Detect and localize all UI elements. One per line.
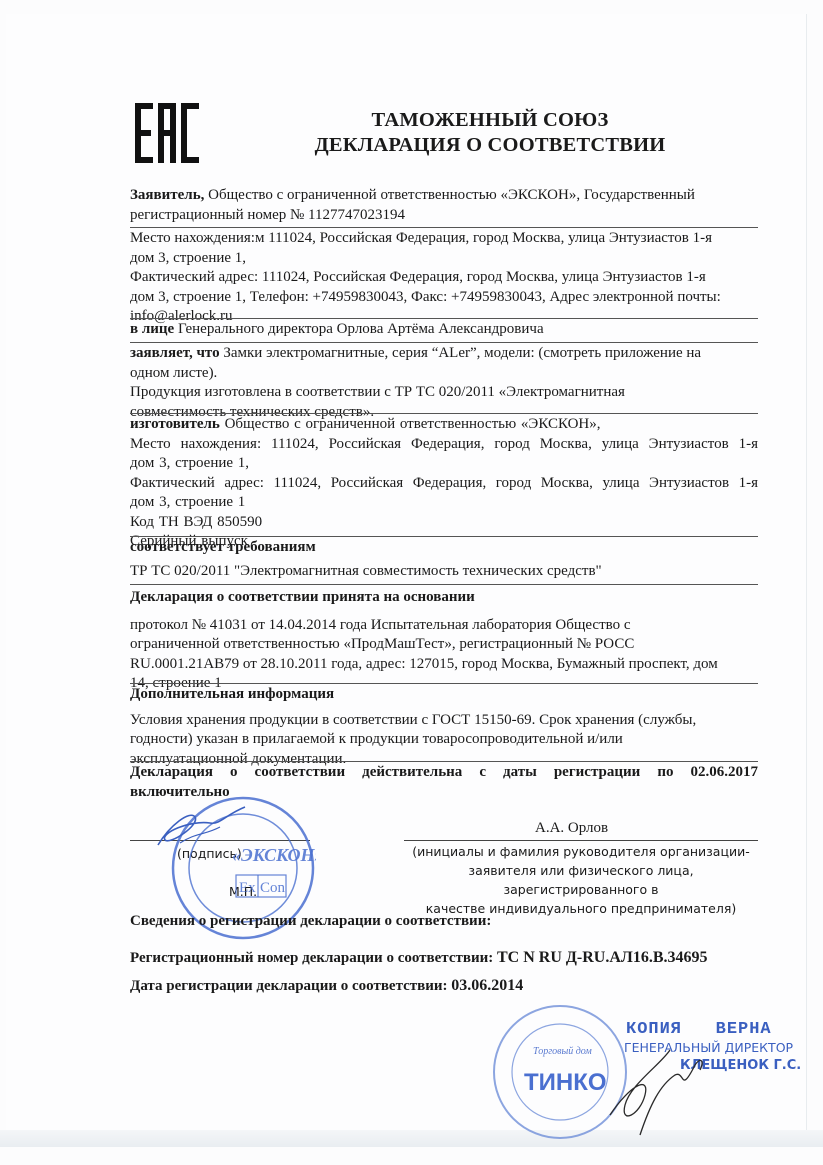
address-line: Место нахождения:м 111024, Российская Фе… [130, 229, 758, 249]
signer-caption: (инициалы и фамилия руководителя организ… [404, 842, 758, 918]
product-text: Замки электромагнитные, серия “ALer”, мо… [220, 345, 701, 361]
registration-number-label: Регистрационный номер декларации о соотв… [130, 950, 497, 966]
divider [130, 342, 758, 343]
certified-label: ВЕРНА [716, 1020, 772, 1039]
additional-info-label: Дополнительная информация [130, 685, 758, 705]
certifier-signature-icon [600, 1045, 710, 1140]
manufacturer-address: Место нахождения: 111024, Российская Фед… [130, 435, 758, 455]
applicant-section: Заявитель, Общество с ограниченной ответ… [130, 186, 758, 225]
basis-section: Декларация о соответствии принята на осн… [130, 588, 758, 694]
declares-label: заявляет, что [130, 345, 220, 361]
divider [130, 413, 758, 414]
registration-date-value: 03.06.2014 [451, 977, 523, 994]
document-title: ТАМОЖЕННЫЙ СОЮЗ ДЕКЛАРАЦИЯ О СООТВЕТСТВИ… [240, 108, 740, 158]
basis-label: Декларация о соответствии принята на осн… [130, 588, 758, 608]
address-line: Фактический адрес: 111024, Российская Фе… [130, 268, 758, 288]
applicant-reg-number: регистрационный номер № 1127747023194 [130, 206, 758, 226]
manufacturer-actual-address: дом 3, строение 1 [130, 493, 758, 513]
eac-logo [135, 103, 199, 163]
eac-letter-c-icon [181, 103, 199, 163]
registration-number-value: ТС N RU Д-RU.АЛ16.В.34695 [497, 949, 707, 966]
manufacturer-label: изготовитель [130, 416, 220, 432]
product-standard: Продукция изготовлена в соответствии с Т… [130, 383, 758, 403]
basis-text: ограниченной ответственностью «ПродМашТе… [130, 635, 758, 655]
additional-info-text: Условия хранения продукции в соответстви… [130, 711, 758, 731]
caption-line: (инициалы и фамилия руководителя организ… [404, 842, 758, 861]
additional-info-section: Дополнительная информация Условия хранен… [130, 685, 758, 769]
registration-heading: Сведения о регистрации декларации о соот… [130, 912, 758, 932]
represented-by-label: в лице [130, 321, 174, 337]
title-line-customs-union: ТАМОЖЕННЫЙ СОЮЗ [240, 108, 740, 133]
manufacturer-name: Общество с ограниченной ответственностью… [220, 416, 601, 432]
director-signature-icon [150, 805, 260, 855]
divider [130, 761, 758, 762]
eac-letter-e-icon [135, 103, 153, 163]
divider [130, 318, 758, 319]
conforms-standard: ТР ТС 020/2011 "Электромагнитная совмест… [130, 562, 758, 582]
conforms-label: соответствует требованиям [130, 538, 758, 558]
title-line-declaration: ДЕКЛАРАЦИЯ О СООТВЕТСТВИИ [240, 133, 740, 158]
registration-number-row: Регистрационный номер декларации о соотв… [130, 948, 758, 969]
represented-by-text: Генерального директора Орлова Артёма Але… [174, 321, 543, 337]
svg-text:Con: Con [260, 880, 286, 896]
manufacturer-section: изготовитель Общество с ограниченной отв… [130, 415, 758, 552]
name-line [404, 840, 758, 841]
svg-text:Ex: Ex [239, 880, 256, 896]
divider [130, 683, 758, 684]
declares-section: заявляет, что Замки электромагнитные, се… [130, 344, 758, 422]
divider [130, 536, 758, 537]
svg-text:Торговый дом: Торговый дом [533, 1046, 592, 1057]
address-line: дом 3, строение 1, Телефон: +74959830043… [130, 288, 758, 308]
svg-text:ТИНКО: ТИНКО [524, 1069, 607, 1096]
caption-line: заявителя или физического лица, зарегист… [404, 861, 758, 899]
basis-text: протокол № 41031 от 14.04.2014 года Испы… [130, 616, 758, 636]
registration-date-row: Дата регистрации декларации о соответств… [130, 976, 758, 997]
represented-by-section: в лице Генерального директора Орлова Арт… [130, 320, 758, 340]
conforms-section: соответствует требованиям ТР ТС 020/2011… [130, 538, 758, 581]
validity-text: Декларация о соответствии действительна … [130, 763, 758, 783]
copy-label: КОПИЯ [626, 1020, 682, 1039]
additional-info-text: годности) указан в прилагаемой к продукц… [130, 730, 758, 750]
address-line: дом 3, строение 1, [130, 249, 758, 269]
applicant-address-section: Место нахождения:м 111024, Российская Фе… [130, 229, 758, 327]
copy-certified-label: КОПИЯ ВЕРНА [626, 1020, 772, 1039]
manufacturer-address: дом 3, строение 1, [130, 454, 758, 474]
manufacturer-actual-address: Фактический адрес: 111024, Российская Фе… [130, 474, 758, 494]
applicant-label: Заявитель, [130, 187, 204, 203]
applicant-name: Общество с ограниченной ответственностью… [204, 187, 695, 203]
basis-text: RU.0001.21АВ79 от 28.10.2011 года, адрес… [130, 655, 758, 675]
signer-name: А.А. Орлов [535, 820, 608, 837]
divider [130, 227, 758, 228]
eac-letter-a-icon [158, 103, 176, 163]
registration-date-label: Дата регистрации декларации о соответств… [130, 978, 451, 994]
hs-code: Код ТН ВЭД 850590 [130, 513, 758, 533]
divider [130, 584, 758, 585]
product-text: одном листе). [130, 364, 758, 384]
